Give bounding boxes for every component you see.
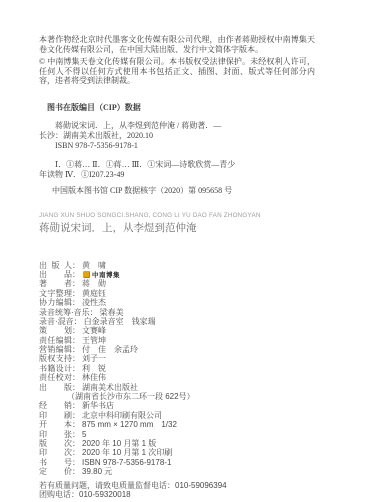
credit-row: 著者：蒋 勋 [39,279,351,288]
credit-value: 2020 年 10 月第 1 版 [82,439,156,448]
credit-row: 协力编辑：凌性杰 [39,298,351,307]
credit-colon: ： [72,420,80,429]
credit-row: 录音统筹·音乐：梁春美 [39,308,351,317]
cip-class-line-1: Ⅰ．①蒋… Ⅱ．①蒋… Ⅲ．①宋词—诗歌欣赏—青少 [39,160,351,170]
contact-block: 若有质量问题，请致电质量监督电话：010-59096394 团购电话：010-5… [39,481,351,500]
credit-value: 39.80 元 [82,467,112,476]
credit-row: 出版人：黄 啸 [39,261,351,270]
quality-hotline: 若有质量问题，请致电质量监督电话：010-59096394 [39,481,351,491]
credit-value: 林佳伟 [82,373,106,382]
group-purchase-hotline: 团购电话：010-59320018 [39,490,351,500]
credit-colon: ： [72,270,80,279]
credit-colon: ： [72,326,80,335]
cip-block: 图书在版编目（CIP）数据 蒋勋说宋词．上，从李煜到范仲淹 / 蒋勋著．— 长沙… [39,103,351,197]
credit-label: 书号 [39,458,72,467]
credit-value: 新华书店 [82,401,114,410]
credit-label: 版次 [39,439,72,448]
copyright-notice: © 中南博集天卷文化传媒有限公司。本书版权受法律保护。未经权利人许可，任何人不得… [39,57,315,86]
credit-row: 书籍设计：利 锐 [39,364,351,373]
credit-row: 印次：2020 年 10 月第 1 次印刷 [39,448,351,457]
credit-row: 经销：新华书店 [39,401,351,410]
credit-label: 录音统筹·音乐 [39,308,90,317]
credit-colon: ： [72,439,80,448]
zhongnan-boji-logo [83,271,90,278]
credit-row: 印刷：北京中科印刷有限公司 [39,411,351,420]
credit-colon: ： [72,411,80,420]
cip-publisher-line: 长沙：湖南美术出版社，2020.10 [39,131,351,141]
credit-colon: ： [72,401,80,410]
credit-colon: ： [72,345,80,354]
credit-row: 定价：39.80 元 [39,467,351,476]
credit-row: 出版：湖南美术出版社 [39,383,351,392]
credit-label: 文字整理 [39,289,72,298]
cip-record-line: 中国版本图书馆 CIP 数据核字（2020）第 095658 号 [39,186,351,196]
credit-colon: ： [90,308,98,317]
credit-label: 定价 [39,467,72,476]
credit-colon: ： [72,430,80,439]
credit-row: 开本：875 mm × 1270 mm 1/32 [39,420,351,429]
credit-label: 出版 [39,383,72,392]
credit-value: 黄 啸 [82,261,106,270]
credit-row: 印张：5 [39,430,351,439]
credit-colon: ： [72,354,80,363]
credit-colon: ： [72,289,80,298]
credit-label: 版权支持 [39,354,72,363]
credit-colon: ： [72,364,80,373]
credit-value: 5 [82,430,86,439]
credit-value: 利 锐 [82,364,106,373]
credit-label: 录音·混音 [39,317,74,326]
credit-row: 出品：中南博集 [39,270,351,279]
credit-row: 文字整理：黄庭钰 [39,289,351,298]
book-copyright-page: 本著作物经北京时代墨客文化传媒有限公司代理，由作者蒋勋授权中南博集天卷文化传媒有… [0,0,375,502]
credit-colon: ： [72,261,80,270]
cip-header: 图书在版编目（CIP）数据 [47,103,351,113]
credit-label: 印刷 [39,411,72,420]
credit-colon: ： [72,279,80,288]
title-pinyin: JIANG XUN SHUO SONGCI.SHANG, CONG LI YU … [39,212,351,219]
publisher-logo-text: 中南博集 [92,272,120,279]
credit-value: 付 佳 余孟玲 [82,345,138,354]
credit-colon: ： [72,383,80,392]
credit-value: 875 mm × 1270 mm 1/32 [82,420,177,429]
credit-colon: ： [74,317,82,326]
credits-list: 出版人：黄 啸出品：中南博集著者：蒋 勋文字整理：黄庭钰协力编辑：凌性杰录音统筹… [39,261,351,477]
credit-label: 出版人 [39,261,72,270]
credit-value: 王管坤 [82,336,106,345]
credit-row: 书号：ISBN 978-7-5356-9178-1 [39,458,351,467]
credit-label: 印张 [39,430,72,439]
credit-label: 协力编辑 [39,298,72,307]
credit-label: 出品 [39,270,72,279]
credit-value: 刘子一 [82,354,106,363]
credit-label: 责任校对 [39,373,72,382]
credit-colon: ： [72,448,80,457]
credit-value: 黄庭钰 [82,289,106,298]
credit-colon: ： [72,458,80,467]
credit-label: 著者 [39,279,72,288]
credit-label: 经销 [39,401,72,410]
credit-colon: ： [72,467,80,476]
credit-label: 责任编辑 [39,336,72,345]
credit-colon: ： [72,373,80,382]
credit-value: 梁春美 [100,308,124,317]
credit-row: 责任编辑：王管坤 [39,336,351,345]
credit-row: 责任校对：林佳伟 [39,373,351,382]
credit-value: 凌性杰 [82,298,106,307]
credit-label: 书籍设计 [39,364,72,373]
credit-colon: ： [72,298,80,307]
credit-label: 开本 [39,420,72,429]
credit-row: 版权支持：刘子一 [39,354,351,363]
cip-isbn-line: ISBN 978-7-5356-9178-1 [39,141,351,151]
cip-title-line: 蒋勋说宋词．上，从李煜到范仲淹 / 蒋勋著．— [39,121,351,131]
credit-value: ISBN 978-7-5356-9178-1 [82,458,171,467]
cip-class-line-2: 年读物 Ⅳ．①I207.23-49 [39,170,351,180]
credit-value: 2020 年 10 月第 1 次印刷 [82,448,172,457]
credit-value: 北京中科印刷有限公司 [82,411,162,420]
credit-value: 湖南美术出版社 [82,383,138,392]
credit-colon: ： [72,336,80,345]
title-block: JIANG XUN SHUO SONGCI.SHANG, CONG LI YU … [39,212,351,235]
book-title: 蒋勋说宋词．上，从李煜到范仲淹 [39,220,351,235]
credit-label: 印次 [39,448,72,457]
credit-value: 蒋 勋 [82,279,106,288]
credit-row: 策划：文赛峰 [39,326,351,335]
credit-value: 白金录音室 钱家瑞 [84,317,156,326]
credit-row: 录音·混音：白金录音室 钱家瑞 [39,317,351,326]
credit-row: 版次：2020 年 10 月第 1 版 [39,439,351,448]
agency-notice: 本著作物经北京时代墨客文化传媒有限公司代理，由作者蒋勋授权中南博集天卷文化传媒有… [39,35,315,54]
credit-value: 文赛峰 [82,326,106,335]
credit-label: 策划 [39,326,72,335]
